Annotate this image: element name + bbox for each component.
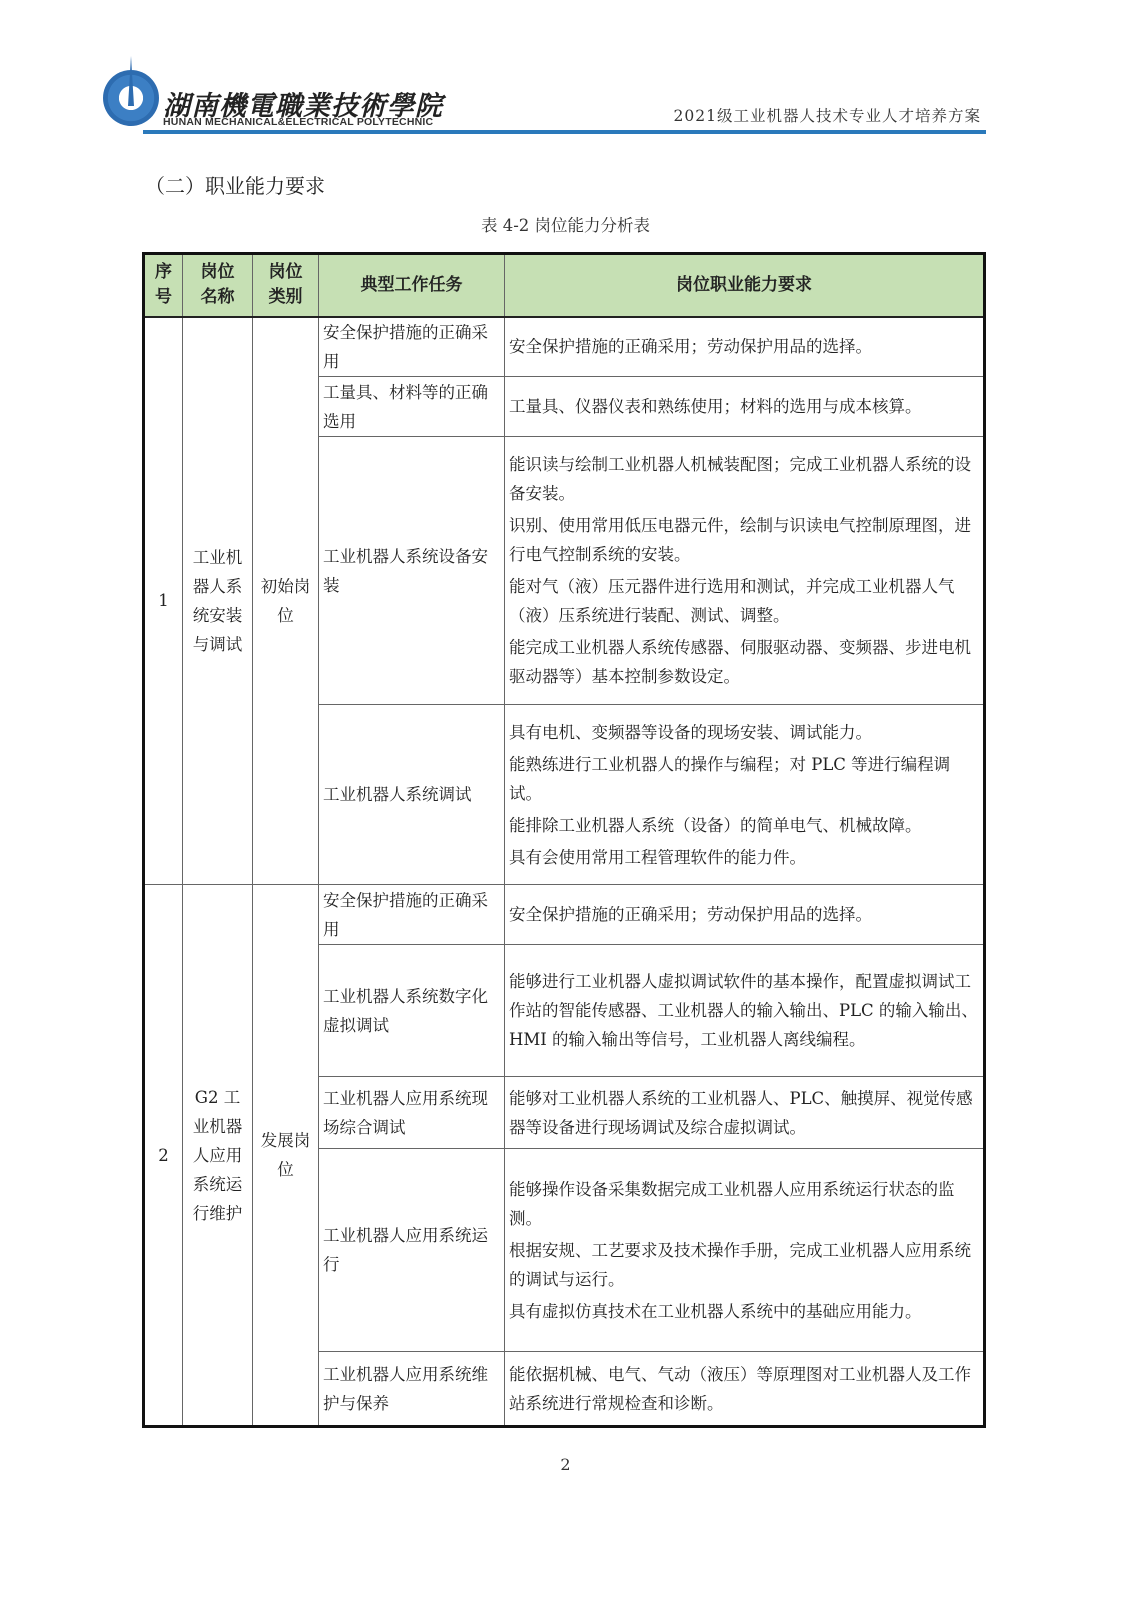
requirement-cell: 能够对工业机器人系统的工业机器人、PLC、触摸屏、视觉传感器等设备进行现场调试及… [505, 1077, 985, 1149]
requirement-item: 具有电机、变频器等设备的现场安装、调试能力。 [509, 718, 979, 747]
task-cell: 工业机器人应用系统维护与保养 [319, 1352, 505, 1427]
header-divider [143, 130, 986, 134]
task-cell: 工业机器人系统设备安装 [319, 437, 505, 705]
requirement-item: 安全保护措施的正确采用；劳动保护用品的选择。 [509, 332, 979, 361]
task-cell: 工业机器人应用系统运行 [319, 1149, 505, 1352]
requirement-cell: 具有电机、变频器等设备的现场安装、调试能力。 能熟练进行工业机器人的操作与编程；… [505, 705, 985, 885]
task-cell: 工量具、材料等的正确选用 [319, 377, 505, 437]
requirement-item: 能够进行工业机器人虚拟调试软件的基本操作，配置虚拟调试工作站的智能传感器、工业机… [509, 967, 979, 1054]
section-title: （二）职业能力要求 [145, 170, 325, 199]
requirement-item: 根据安规、工艺要求及技术操作手册，完成工业机器人应用系统的调试与运行。 [509, 1236, 979, 1294]
table-header-row: 序号 岗位名称 岗位类别 典型工作任务 岗位职业能力要求 [144, 254, 985, 317]
table-row: 2 G2 工业机器人应用系统运行维护 发展岗位 安全保护措施的正确采用 安全保护… [144, 885, 985, 945]
task-cell: 工业机器人系统数字化虚拟调试 [319, 945, 505, 1077]
row-index: 1 [144, 317, 183, 885]
requirement-item: 安全保护措施的正确采用；劳动保护用品的选择。 [509, 900, 979, 929]
school-logo: 湖南機電職業技術學院 HUNAN MECHANICAL&ELECTRICAL P… [103, 62, 403, 132]
column-header-index: 序号 [144, 254, 183, 317]
task-cell: 工业机器人应用系统现场综合调试 [319, 1077, 505, 1149]
column-header-position-name: 岗位名称 [183, 254, 253, 317]
position-name: 工业机器人系统安装与调试 [183, 317, 253, 885]
school-emblem-icon [103, 70, 159, 126]
column-header-typical-tasks: 典型工作任务 [319, 254, 505, 317]
requirement-cell: 能够进行工业机器人虚拟调试软件的基本操作，配置虚拟调试工作站的智能传感器、工业机… [505, 945, 985, 1077]
table-row: 1 工业机器人系统安装与调试 初始岗位 安全保护措施的正确采用 安全保护措施的正… [144, 317, 985, 377]
requirement-item: 能完成工业机器人系统传感器、伺服驱动器、变频器、步进电机驱动器等）基本控制参数设… [509, 633, 979, 691]
requirement-cell: 能够操作设备采集数据完成工业机器人应用系统运行状态的监测。 根据安规、工艺要求及… [505, 1149, 985, 1352]
column-header-position-type: 岗位类别 [253, 254, 319, 317]
task-cell: 安全保护措施的正确采用 [319, 317, 505, 377]
requirement-cell: 安全保护措施的正确采用；劳动保护用品的选择。 [505, 885, 985, 945]
document-title: 2021级工业机器人技术专业人才培养方案 [674, 104, 981, 126]
table-caption: 表 4-2 岗位能力分析表 [0, 212, 1131, 236]
school-name-en: HUNAN MECHANICAL&ELECTRICAL POLYTECHNIC [163, 116, 433, 128]
requirement-item: 能依据机械、电气、气动（液压）等原理图对工业机器人及工作站系统进行常规检查和诊断… [509, 1360, 979, 1418]
position-type: 发展岗位 [253, 885, 319, 1427]
page-number: 2 [0, 1455, 1131, 1474]
requirement-cell: 安全保护措施的正确采用；劳动保护用品的选择。 [505, 317, 985, 377]
position-name: G2 工业机器人应用系统运行维护 [183, 885, 253, 1427]
requirement-item: 能识读与绘制工业机器人机械装配图；完成工业机器人系统的设备安装。 [509, 450, 979, 508]
requirement-item: 识别、使用常用低压电器元件，绘制与识读电气控制原理图，进行电气控制系统的安装。 [509, 511, 979, 569]
requirement-item: 具有会使用常用工程管理软件的能力件。 [509, 843, 979, 872]
requirement-item: 能够操作设备采集数据完成工业机器人应用系统运行状态的监测。 [509, 1175, 979, 1233]
task-cell: 工业机器人系统调试 [319, 705, 505, 885]
requirement-item: 工量具、仪器仪表和熟练使用；材料的选用与成本核算。 [509, 392, 979, 421]
column-header-ability-requirements: 岗位职业能力要求 [505, 254, 985, 317]
requirement-cell: 能依据机械、电气、气动（液压）等原理图对工业机器人及工作站系统进行常规检查和诊断… [505, 1352, 985, 1427]
requirement-item: 具有虚拟仿真技术在工业机器人系统中的基础应用能力。 [509, 1297, 979, 1326]
requirement-item: 能排除工业机器人系统（设备）的简单电气、机械故障。 [509, 811, 979, 840]
position-type: 初始岗位 [253, 317, 319, 885]
requirement-cell: 能识读与绘制工业机器人机械装配图；完成工业机器人系统的设备安装。 识别、使用常用… [505, 437, 985, 705]
requirement-item: 能对气（液）压元器件进行选用和测试，并完成工业机器人气（液）压系统进行装配、测试… [509, 572, 979, 630]
requirement-cell: 工量具、仪器仪表和熟练使用；材料的选用与成本核算。 [505, 377, 985, 437]
position-ability-table: 序号 岗位名称 岗位类别 典型工作任务 岗位职业能力要求 1 工业机器人系统安装… [142, 252, 986, 1428]
requirement-item: 能够对工业机器人系统的工业机器人、PLC、触摸屏、视觉传感器等设备进行现场调试及… [509, 1084, 979, 1142]
task-cell: 安全保护措施的正确采用 [319, 885, 505, 945]
row-index: 2 [144, 885, 183, 1427]
requirement-item: 能熟练进行工业机器人的操作与编程；对 PLC 等进行编程调试。 [509, 750, 979, 808]
